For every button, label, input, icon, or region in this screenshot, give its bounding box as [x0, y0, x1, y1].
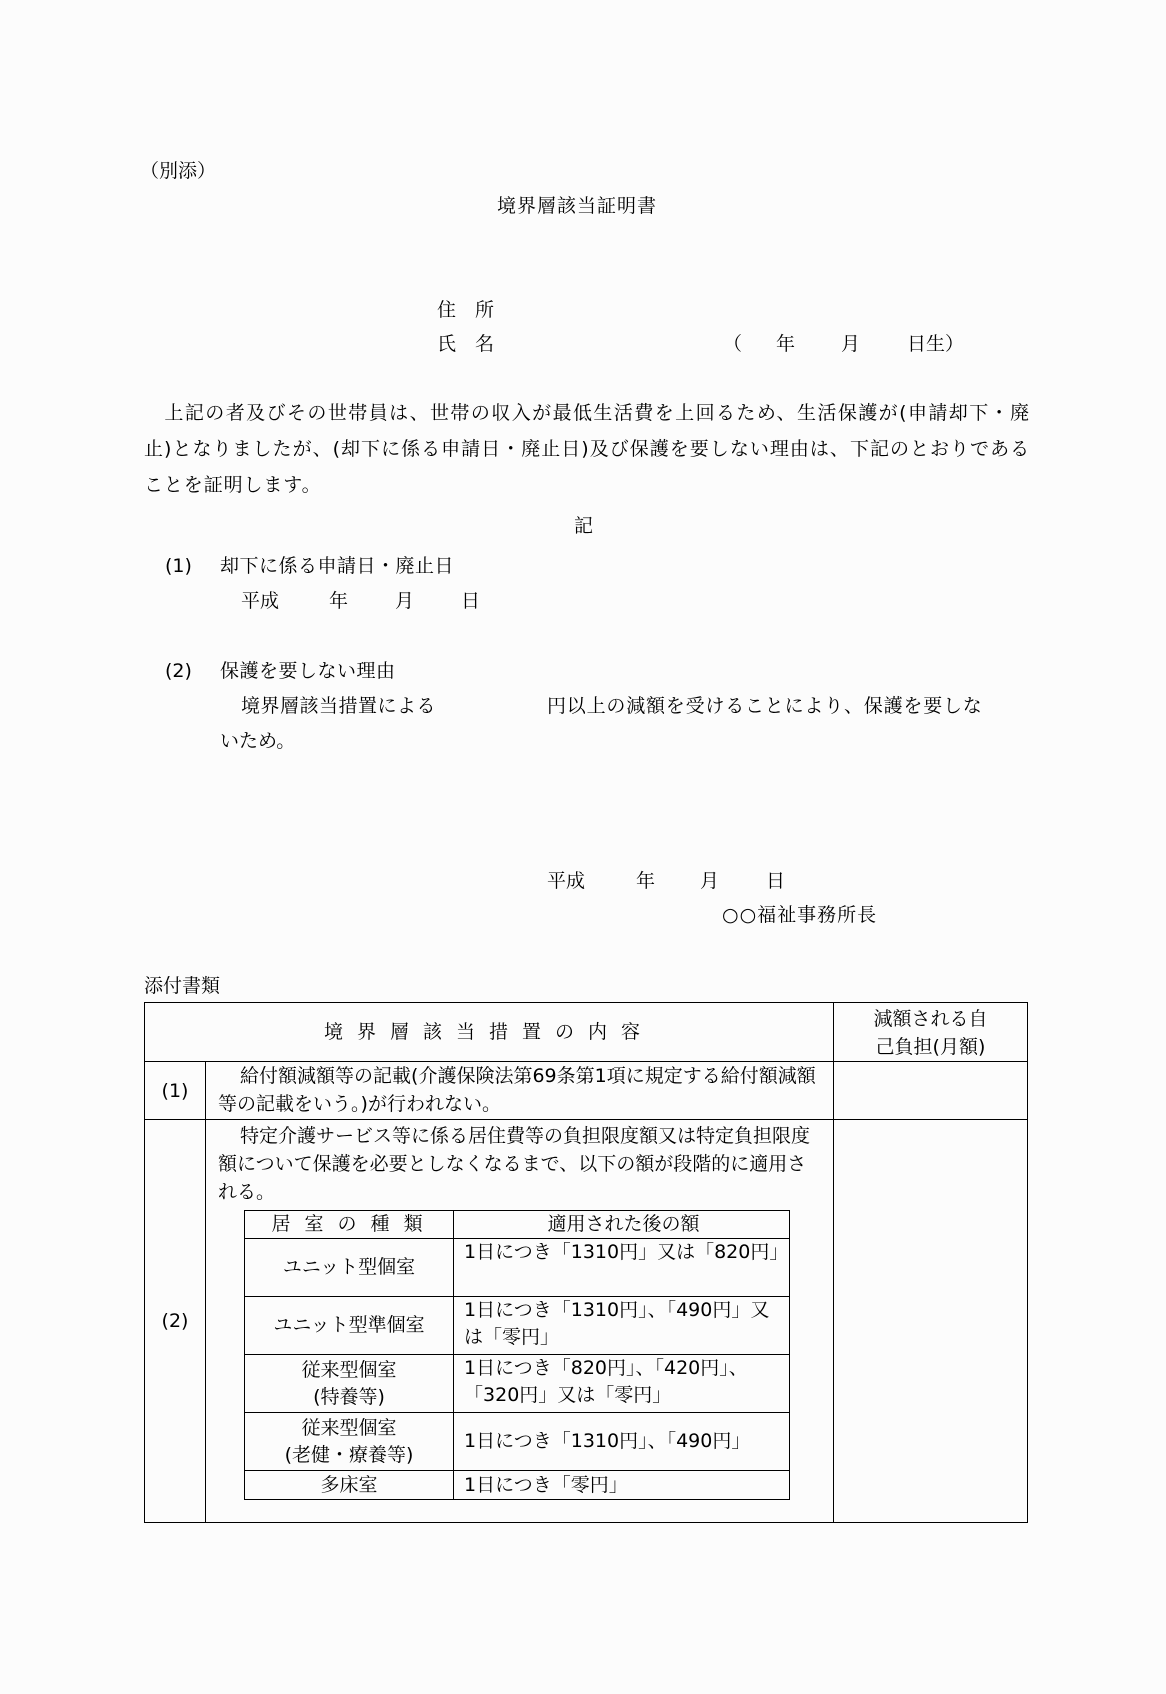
item2-label: 保護を要しない理由: [220, 660, 396, 682]
room-type-cell: ユニット型個室: [245, 1239, 454, 1297]
room-type-cell: ユニット型準個室: [245, 1297, 454, 1355]
room-type-line2: (老健・療養等): [245, 1442, 453, 1469]
room-type-line1: ユニット型準個室: [245, 1312, 453, 1339]
item2-reason-part3: いため。: [220, 730, 295, 752]
room-type-line1: 多床室: [245, 1472, 453, 1499]
inner-header-room-type: 居 室 の 種 類: [245, 1211, 454, 1239]
room-type-table: 居 室 の 種 類 適用された後の額 ユニット型個室 1日につき「1310円」又…: [244, 1210, 790, 1500]
issue-date-era: 平成: [547, 870, 585, 892]
attachment-label: （別添）: [140, 160, 216, 182]
document-title: 境界層該当証明書: [497, 195, 657, 217]
item1-label: 却下に係る申請日・廃止日: [220, 555, 454, 577]
certification-paragraph: 上記の者及びその世帯員は、世帯の収入が最低生活費を上回るため、生活保護が(申請却…: [144, 395, 1030, 503]
item2-reason-part1: 境界層該当措置による: [241, 695, 436, 717]
applied-amount-cell: 1日につき「1310円」、「490円」又は「零円」: [454, 1297, 790, 1355]
applied-amount-cell: 1日につき「零円」: [454, 1471, 790, 1500]
inner-table-row: 多床室 1日につき「零円」: [245, 1471, 790, 1500]
header-measure-content: 境界層該当措置の内容: [145, 1003, 834, 1062]
room-type-line1: 従来型個室: [245, 1357, 453, 1384]
applied-amount-cell: 1日につき「1310円」、「490円」: [454, 1413, 790, 1471]
issue-date-month: 月: [700, 870, 719, 892]
row2-text: 特定介護サービス等に係る居住費等の負担限度額又は特定負担限度額について保護を必要…: [218, 1122, 825, 1206]
row1-amount: [833, 1062, 1027, 1120]
applied-amount-cell: 1日につき「820円」、「420円」、「320円」又は「零円」: [454, 1355, 790, 1413]
name-label: 氏 名: [437, 333, 494, 355]
header-amount-line2: 己負担(月額): [834, 1033, 1027, 1061]
item1-date-era: 平成: [241, 590, 279, 612]
row2-amount: [833, 1120, 1027, 1523]
row2-content: 特定介護サービス等に係る居住費等の負担限度額又は特定負担限度額について保護を必要…: [206, 1120, 834, 1523]
inner-table-row: ユニット型準個室 1日につき「1310円」、「490円」又は「零円」: [245, 1297, 790, 1355]
room-type-line1: ユニット型個室: [245, 1254, 453, 1281]
inner-table-row: 従来型個室 (老健・療養等) 1日につき「1310円」、「490円」: [245, 1413, 790, 1471]
header-amount-line1: 減額される自: [834, 1005, 1027, 1033]
room-type-cell: 従来型個室 (特養等): [245, 1355, 454, 1413]
row1-number: (1): [145, 1062, 206, 1120]
row1-text: 給付額減額等の記載(介護保険法第69条第1項に規定する給付額減額等の記載をいう。…: [206, 1062, 834, 1120]
inner-table-row: 従来型個室 (特養等) 1日につき「820円」、「420円」、「320円」又は「…: [245, 1355, 790, 1413]
table-row: (2) 特定介護サービス等に係る居住費等の負担限度額又は特定負担限度額について保…: [145, 1120, 1028, 1523]
issue-date-year: 年: [636, 870, 655, 892]
room-type-line2: (特養等): [245, 1384, 453, 1411]
item2-number: (2): [165, 660, 192, 682]
birth-open-paren: （: [723, 333, 742, 355]
birth-day-label: 日生）: [907, 333, 964, 355]
item1-date-day: 日: [461, 590, 480, 612]
room-type-line1: 従来型個室: [245, 1415, 453, 1442]
item1-date-year: 年: [329, 590, 348, 612]
room-type-cell: 多床室: [245, 1471, 454, 1500]
applied-amount-cell: 1日につき「1310円」又は「820円」: [454, 1239, 790, 1297]
row2-number: (2): [145, 1120, 206, 1523]
room-type-cell: 従来型個室 (老健・療養等): [245, 1413, 454, 1471]
inner-header-amount: 適用された後の額: [454, 1211, 790, 1239]
address-label: 住 所: [437, 299, 494, 321]
issue-date-day: 日: [766, 870, 785, 892]
item2-reason-part2: 円以上の減額を受けることにより、保護を要しな: [547, 695, 983, 717]
table-row: (1) 給付額減額等の記載(介護保険法第69条第1項に規定する給付額減額等の記載…: [145, 1062, 1028, 1120]
ki-heading: 記: [574, 515, 593, 537]
birth-year-label: 年: [776, 333, 795, 355]
birth-month-label: 月: [841, 333, 860, 355]
header-reduced-amount: 減額される自 己負担(月額): [833, 1003, 1027, 1062]
item1-date-month: 月: [395, 590, 414, 612]
attachment-table: 境界層該当措置の内容 減額される自 己負担(月額) (1) 給付額減額等の記載(…: [144, 1002, 1028, 1523]
item1-number: (1): [165, 555, 192, 577]
issuer-name: ○○福祉事務所長: [722, 904, 877, 926]
attachment-documents-label: 添付書類: [144, 975, 220, 997]
inner-table-row: ユニット型個室 1日につき「1310円」又は「820円」: [245, 1239, 790, 1297]
